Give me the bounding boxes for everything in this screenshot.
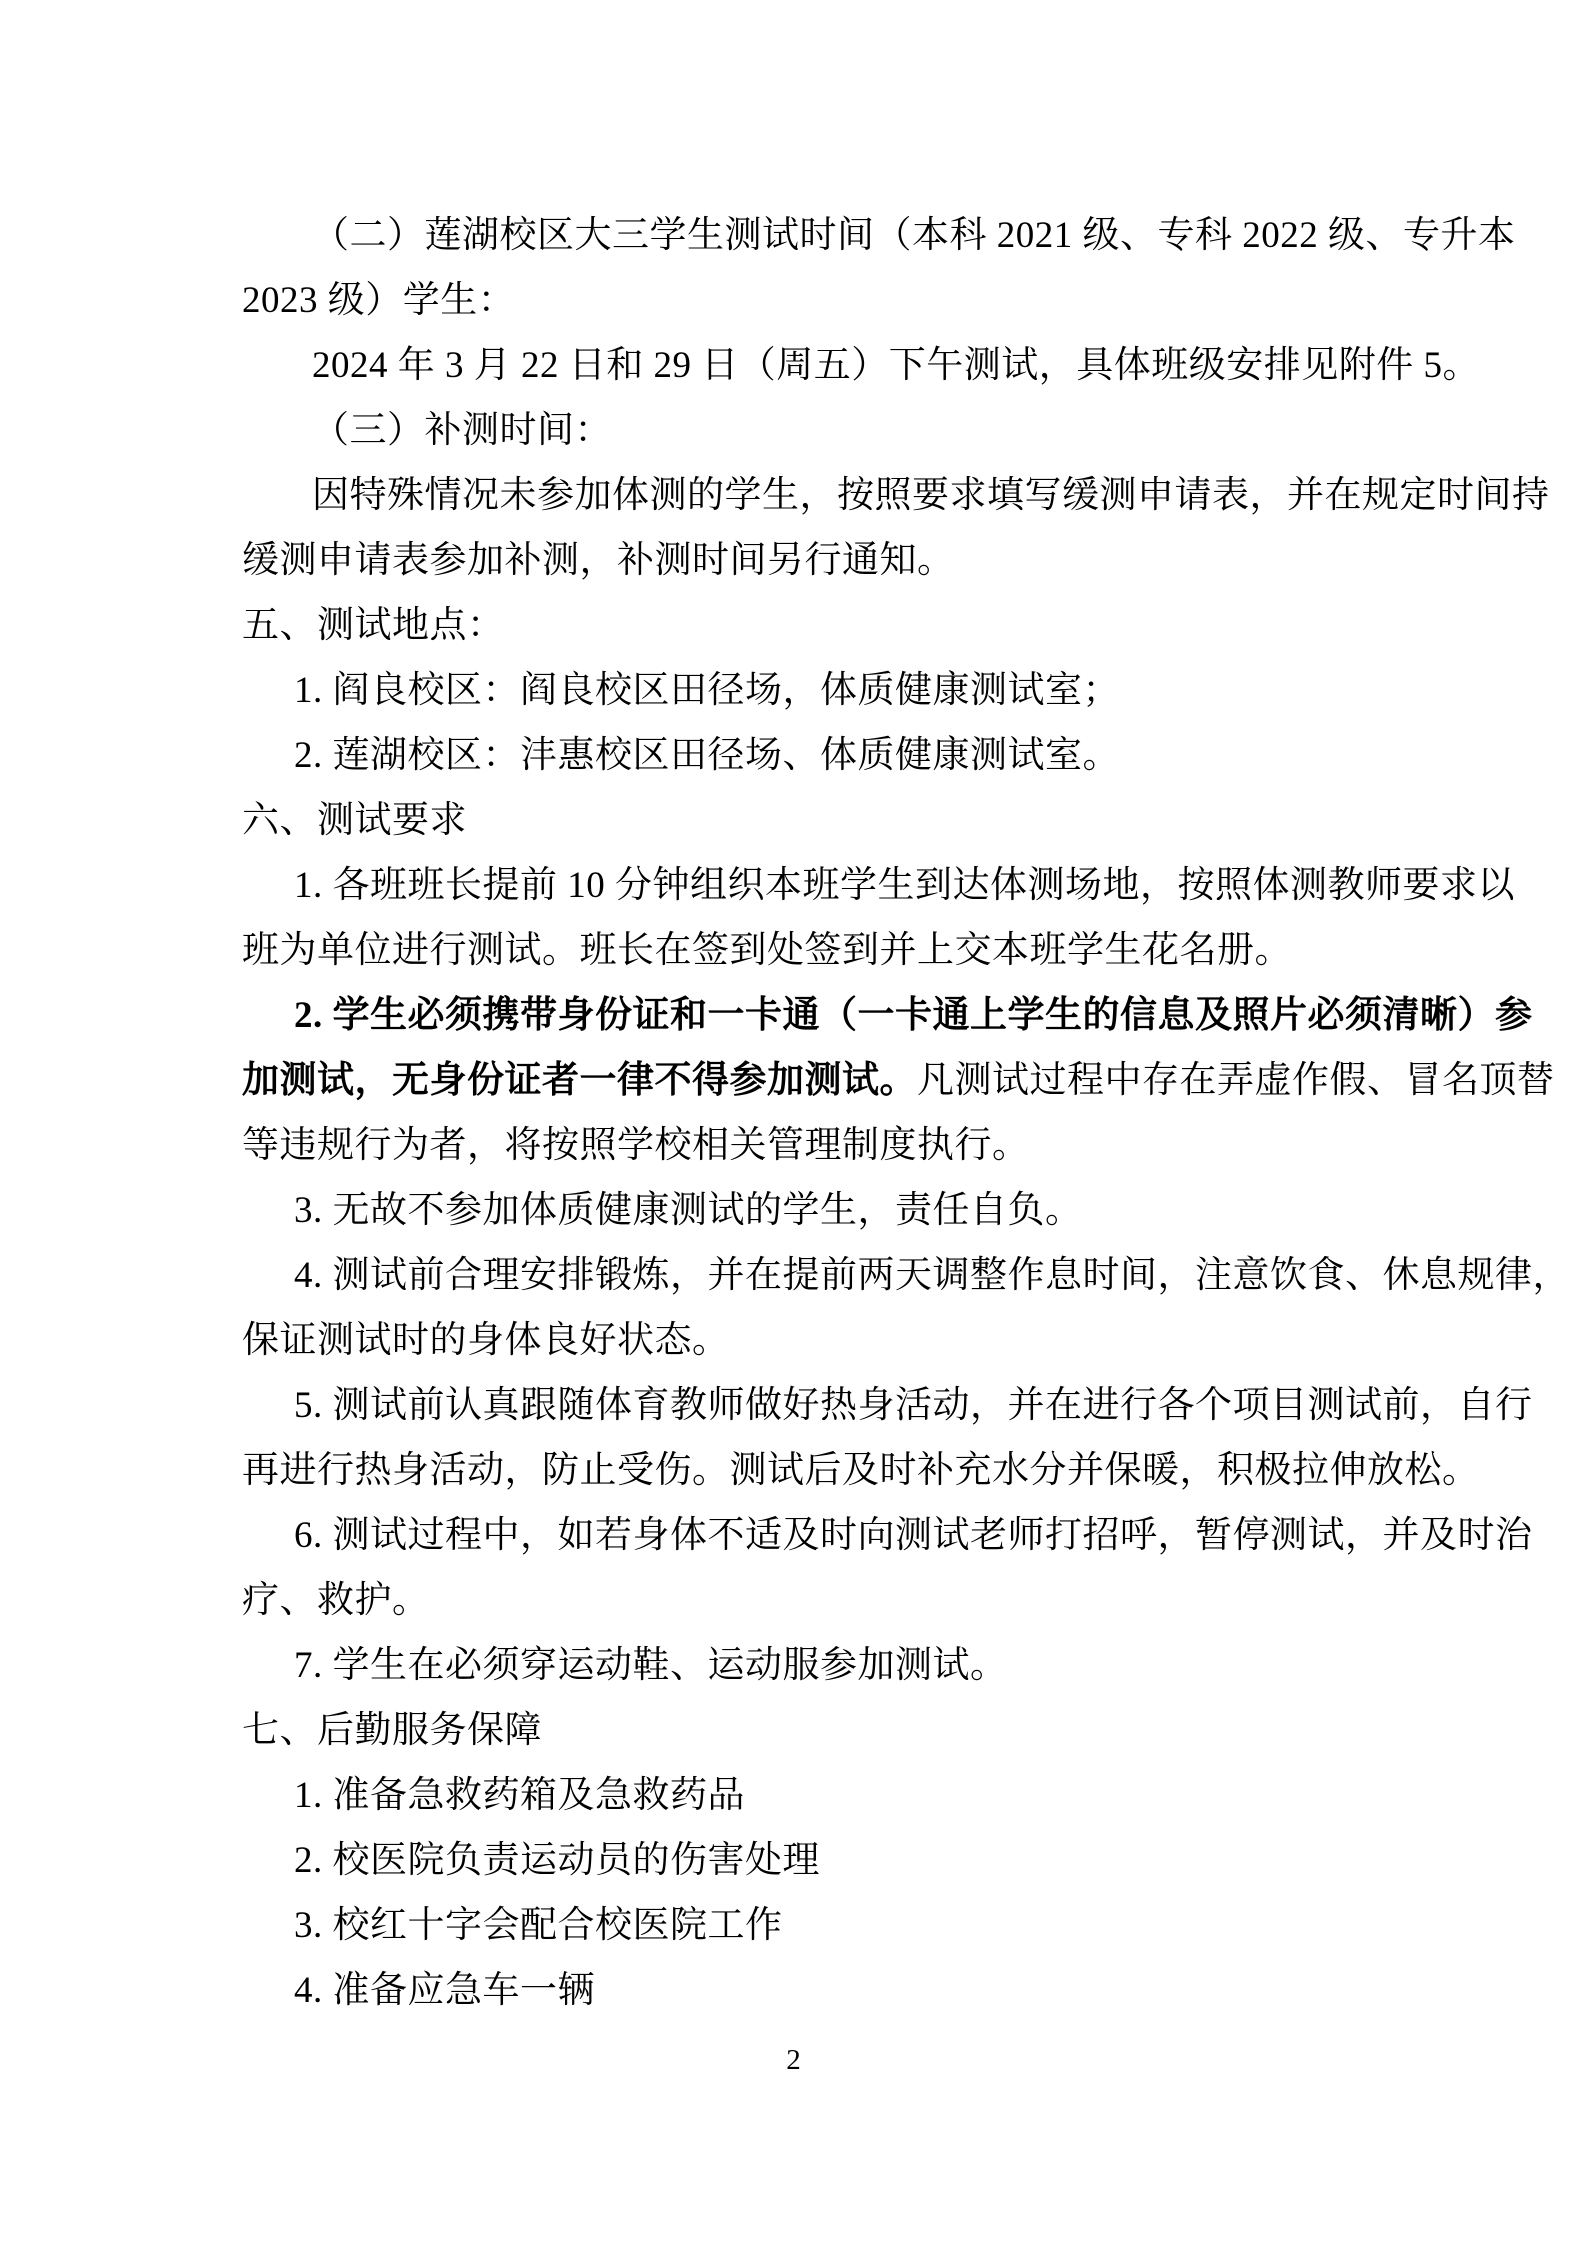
text-segment: 2024 年 3 月 22 日和 29 日（周五）下午测试，具体班级安排见附件 … [312,345,1480,386]
text-line: 疗、救护。 [242,1568,1442,1633]
text-line: 7. 学生在必须穿运动鞋、运动服参加测试。 [242,1633,1442,1698]
text-segment: 7. 学生在必须穿运动鞋、运动服参加测试。 [294,1645,1008,1686]
text-segment: （二）莲湖校区大三学生测试时间（本科 2021 级、专科 2022 级、专升本 [312,215,1516,256]
text-line: 2. 学生必须携带身份证和一卡通（一卡通上学生的信息及照片必须清晰）参 [242,983,1442,1048]
text-line: 七、后勤服务保障 [242,1698,1442,1763]
text-segment: 1. 准备急救药箱及急救药品 [294,1775,745,1816]
text-line: 加测试，无身份证者一律不得参加测试。凡测试过程中存在弄虚作假、冒名顶替 [242,1048,1442,1113]
document-page: （二）莲湖校区大三学生测试时间（本科 2021 级、专科 2022 级、专升本2… [0,0,1587,2245]
text-line: 等违规行为者，将按照学校相关管理制度执行。 [242,1113,1442,1178]
text-segment: 班为单位进行测试。班长在签到处签到并上交本班学生花名册。 [242,930,1292,971]
text-line: 班为单位进行测试。班长在签到处签到并上交本班学生花名册。 [242,918,1442,983]
text-segment: 七、后勤服务保障 [242,1710,542,1751]
text-segment: （三）补测时间： [312,410,612,451]
text-line: 2. 莲湖校区：沣惠校区田径场、体质健康测试室。 [242,723,1442,788]
text-segment: 3. 无故不参加体质健康测试的学生，责任自负。 [294,1190,1083,1231]
text-segment: 1. 阎良校区：阎良校区田径场，体质健康测试室； [294,670,1120,711]
text-line: （二）莲湖校区大三学生测试时间（本科 2021 级、专科 2022 级、专升本 [242,203,1442,268]
text-line: （三）补测时间： [242,398,1442,463]
text-line: 1. 阎良校区：阎良校区田径场，体质健康测试室； [242,658,1442,723]
text-segment: 缓测申请表参加补测，补测时间另行通知。 [242,540,955,581]
text-segment: 五、测试地点： [242,605,505,646]
text-segment: 5. 测试前认真跟随体育教师做好热身活动，并在进行各个项目测试前，自行 [294,1385,1533,1426]
text-line: 1. 准备急救药箱及急救药品 [242,1763,1442,1828]
text-segment: 2. 莲湖校区：沣惠校区田径场、体质健康测试室。 [294,735,1120,776]
text-line: 2. 校医院负责运动员的伤害处理 [242,1828,1442,1893]
text-segment: 1. 各班班长提前 10 分钟组织本班学生到达体测场地，按照体测教师要求以 [294,865,1515,906]
text-line: 4. 准备应急车一辆 [242,1958,1442,2023]
text-segment: 等违规行为者，将按照学校相关管理制度执行。 [242,1125,1030,1166]
text-line: 5. 测试前认真跟随体育教师做好热身活动，并在进行各个项目测试前，自行 [242,1373,1442,1438]
text-segment: 因特殊情况未参加体测的学生，按照要求填写缓测申请表，并在规定时间持 [312,475,1550,516]
text-line: 2024 年 3 月 22 日和 29 日（周五）下午测试，具体班级安排见附件 … [242,333,1442,398]
text-line: 6. 测试过程中，如若身体不适及时向测试老师打招呼，暂停测试，并及时治 [242,1503,1442,1568]
text-line: 再进行热身活动，防止受伤。测试后及时补充水分并保暖，积极拉伸放松。 [242,1438,1442,1503]
text-line: 六、测试要求 [242,788,1442,853]
text-segment: 保证测试时的身体良好状态。 [242,1320,730,1361]
text-line: 保证测试时的身体良好状态。 [242,1308,1442,1373]
text-line: 缓测申请表参加补测，补测时间另行通知。 [242,528,1442,593]
text-line: 4. 测试前合理安排锻炼，并在提前两天调整作息时间，注意饮食、休息规律， [242,1243,1442,1308]
text-line: 3. 无故不参加体质健康测试的学生，责任自负。 [242,1178,1442,1243]
page-number: 2 [0,2042,1587,2078]
text-segment: 2023 级）学生： [242,280,515,321]
text-line: 因特殊情况未参加体测的学生，按照要求填写缓测申请表，并在规定时间持 [242,463,1442,528]
text-line: 3. 校红十字会配合校医院工作 [242,1893,1442,1958]
text-segment: 再进行热身活动，防止受伤。测试后及时补充水分并保暖，积极拉伸放松。 [242,1450,1480,1491]
text-line: 五、测试地点： [242,593,1442,658]
text-line: 2023 级）学生： [242,268,1442,333]
bold-text-segment: 2. 学生必须携带身份证和一卡通（一卡通上学生的信息及照片必须清晰）参 [294,995,1533,1036]
text-segment: 凡测试过程中存在弄虚作假、冒名顶替 [917,1060,1555,1101]
text-segment: 4. 准备应急车一辆 [294,1970,595,2011]
document-body: （二）莲湖校区大三学生测试时间（本科 2021 级、专科 2022 级、专升本2… [242,203,1442,2023]
text-segment: 3. 校红十字会配合校医院工作 [294,1905,783,1946]
text-segment: 4. 测试前合理安排锻炼，并在提前两天调整作息时间，注意饮食、休息规律， [294,1255,1570,1296]
text-segment: 六、测试要求 [242,800,467,841]
text-segment: 2. 校医院负责运动员的伤害处理 [294,1840,820,1881]
bold-text-segment: 加测试，无身份证者一律不得参加测试。 [242,1060,917,1101]
text-segment: 疗、救护。 [242,1580,430,1621]
text-line: 1. 各班班长提前 10 分钟组织本班学生到达体测场地，按照体测教师要求以 [242,853,1442,918]
text-segment: 6. 测试过程中，如若身体不适及时向测试老师打招呼，暂停测试，并及时治 [294,1515,1533,1556]
